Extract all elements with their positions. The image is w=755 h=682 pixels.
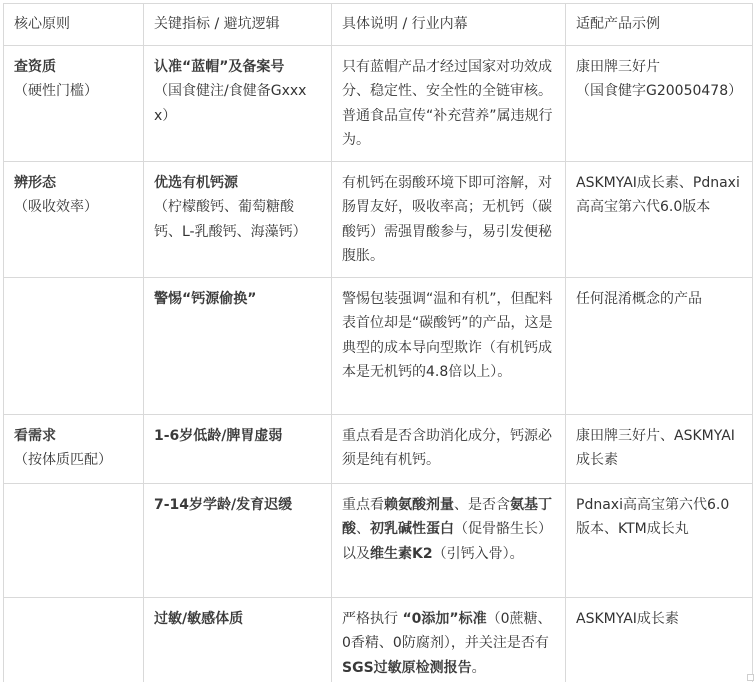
principle-cell [4, 277, 144, 414]
principle-cell: 看需求 （按体质匹配） [4, 414, 144, 483]
detail-text: （引钙入骨）。 [433, 546, 524, 562]
table-header-row: 核心原则 关键指标 / 避坑逻辑 具体说明 / 行业内幕 适配产品示例 [4, 4, 753, 46]
detail-text: 严格执行 [342, 611, 402, 627]
detail-text: 有机钙在弱酸环境下即可溶解，对肠胃友好，吸收率高；无机钙（碳酸钙）需强胃酸参与，… [342, 175, 552, 265]
header-detail: 具体说明 / 行业内幕 [332, 4, 566, 46]
table-row: 7-14岁学龄/发育迟缓 重点看赖氨酸剂量、是否含氨基丁酸、初乳碱性蛋白（促骨骼… [4, 483, 753, 597]
products-text: ASKMYAI成长素 [576, 611, 679, 627]
products-text: Pdnaxi高高宝第六代6.0版本、KTM成长丸 [576, 497, 729, 538]
principle-cell: 查资质 （硬性门槛） [4, 45, 144, 161]
detail-emphasis: 赖氨酸剂量 [384, 497, 454, 513]
indicator-title: 过敏/敏感体质 [154, 611, 243, 627]
table-row: 查资质 （硬性门槛） 认准“蓝帽”及备案号 （国食健注/食健备Gxxxx） 只有… [4, 45, 753, 161]
principle-title: 辨形态 [14, 175, 56, 191]
principle-subtitle: （按体质匹配） [14, 448, 133, 473]
table-row: 看需求 （按体质匹配） 1-6岁低龄/脾胃虚弱 重点看是否含助消化成分，钙源必须… [4, 414, 753, 483]
indicator-title: 警惕“钙源偷换” [154, 291, 256, 307]
products-cell: 任何混淆概念的产品 [566, 277, 753, 414]
table-resize-handle[interactable] [747, 674, 754, 681]
detail-emphasis: “0添加”标准 [402, 611, 486, 627]
products-subtitle: （国食健字G20050478） [576, 79, 742, 104]
detail-cell: 警惕包装强调“温和有机”，但配料表首位却是“碳酸钙”的产品，这是典型的成本导向型… [332, 277, 566, 414]
products-cell: ASKMYAI成长素 [566, 597, 753, 682]
products-text: 康田牌三好片、ASKMYAI成长素 [576, 428, 735, 469]
indicator-cell: 过敏/敏感体质 [144, 597, 332, 682]
products-text: 任何混淆概念的产品 [576, 291, 702, 307]
products-cell: Pdnaxi高高宝第六代6.0版本、KTM成长丸 [566, 483, 753, 597]
detail-text: 。 [472, 660, 486, 676]
indicator-title: 优选有机钙源 [154, 175, 238, 191]
detail-emphasis: 维生素K2 [370, 546, 433, 562]
table-row: 辨形态 （吸收效率） 优选有机钙源 （柠檬酸钙、葡萄糖酸钙、L-乳酸钙、海藻钙）… [4, 161, 753, 277]
detail-emphasis: SGS过敏原检测报告 [342, 660, 472, 676]
header-indicator: 关键指标 / 避坑逻辑 [144, 4, 332, 46]
principle-cell: 辨形态 （吸收效率） [4, 161, 144, 277]
indicator-cell: 警惕“钙源偷换” [144, 277, 332, 414]
header-products: 适配产品示例 [566, 4, 753, 46]
detail-cell: 重点看是否含助消化成分，钙源必须是纯有机钙。 [332, 414, 566, 483]
principle-title: 看需求 [14, 428, 56, 444]
detail-cell: 严格执行 “0添加”标准（0蔗糖、0香精、0防腐剂），并关注是否有SGS过敏原检… [332, 597, 566, 682]
principle-title: 查资质 [14, 59, 56, 75]
detail-text: 重点看 [342, 497, 384, 513]
detail-text: 、是否含 [454, 497, 510, 513]
indicator-cell: 7-14岁学龄/发育迟缓 [144, 483, 332, 597]
principle-subtitle: （吸收效率） [14, 195, 133, 220]
detail-cell: 只有蓝帽产品才经过国家对功效成分、稳定性、安全性的全链审核。普通食品宣传“补充营… [332, 45, 566, 161]
indicator-cell: 优选有机钙源 （柠檬酸钙、葡萄糖酸钙、L-乳酸钙、海藻钙） [144, 161, 332, 277]
detail-cell: 有机钙在弱酸环境下即可溶解，对肠胃友好，吸收率高；无机钙（碳酸钙）需强胃酸参与，… [332, 161, 566, 277]
calcium-supplement-guide-table: 核心原则 关键指标 / 避坑逻辑 具体说明 / 行业内幕 适配产品示例 查资质 … [3, 3, 753, 682]
detail-text: 、 [356, 521, 370, 537]
detail-text: 重点看是否含助消化成分，钙源必须是纯有机钙。 [342, 428, 552, 469]
products-cell: ASKMYAI成长素、Pdnaxi高高宝第六代6.0版本 [566, 161, 753, 277]
principle-cell [4, 597, 144, 682]
detail-text: 只有蓝帽产品才经过国家对功效成分、稳定性、安全性的全链审核。普通食品宣传“补充营… [342, 59, 553, 149]
indicator-title: 1-6岁低龄/脾胃虚弱 [154, 428, 282, 444]
detail-cell: 重点看赖氨酸剂量、是否含氨基丁酸、初乳碱性蛋白（促骨骼生长）以及维生素K2（引钙… [332, 483, 566, 597]
table-row: 警惕“钙源偷换” 警惕包装强调“温和有机”，但配料表首位却是“碳酸钙”的产品，这… [4, 277, 753, 414]
header-principle: 核心原则 [4, 4, 144, 46]
principle-subtitle: （硬性门槛） [14, 79, 133, 104]
detail-emphasis: 初乳碱性蛋白 [370, 521, 454, 537]
indicator-title: 认准“蓝帽”及备案号 [154, 59, 284, 75]
indicator-cell: 1-6岁低龄/脾胃虚弱 [144, 414, 332, 483]
detail-text: 警惕包装强调“温和有机”，但配料表首位却是“碳酸钙”的产品，这是典型的成本导向型… [342, 291, 553, 381]
products-text: ASKMYAI成长素、Pdnaxi高高宝第六代6.0版本 [576, 175, 740, 216]
indicator-subtitle: （国食健注/食健备Gxxxx） [154, 79, 321, 128]
products-text: 康田牌三好片 [576, 59, 660, 75]
products-cell: 康田牌三好片、ASKMYAI成长素 [566, 414, 753, 483]
principle-cell [4, 483, 144, 597]
products-cell: 康田牌三好片 （国食健字G20050478） [566, 45, 753, 161]
table-row: 过敏/敏感体质 严格执行 “0添加”标准（0蔗糖、0香精、0防腐剂），并关注是否… [4, 597, 753, 682]
indicator-title: 7-14岁学龄/发育迟缓 [154, 497, 292, 513]
indicator-subtitle: （柠檬酸钙、葡萄糖酸钙、L-乳酸钙、海藻钙） [154, 195, 321, 244]
indicator-cell: 认准“蓝帽”及备案号 （国食健注/食健备Gxxxx） [144, 45, 332, 161]
